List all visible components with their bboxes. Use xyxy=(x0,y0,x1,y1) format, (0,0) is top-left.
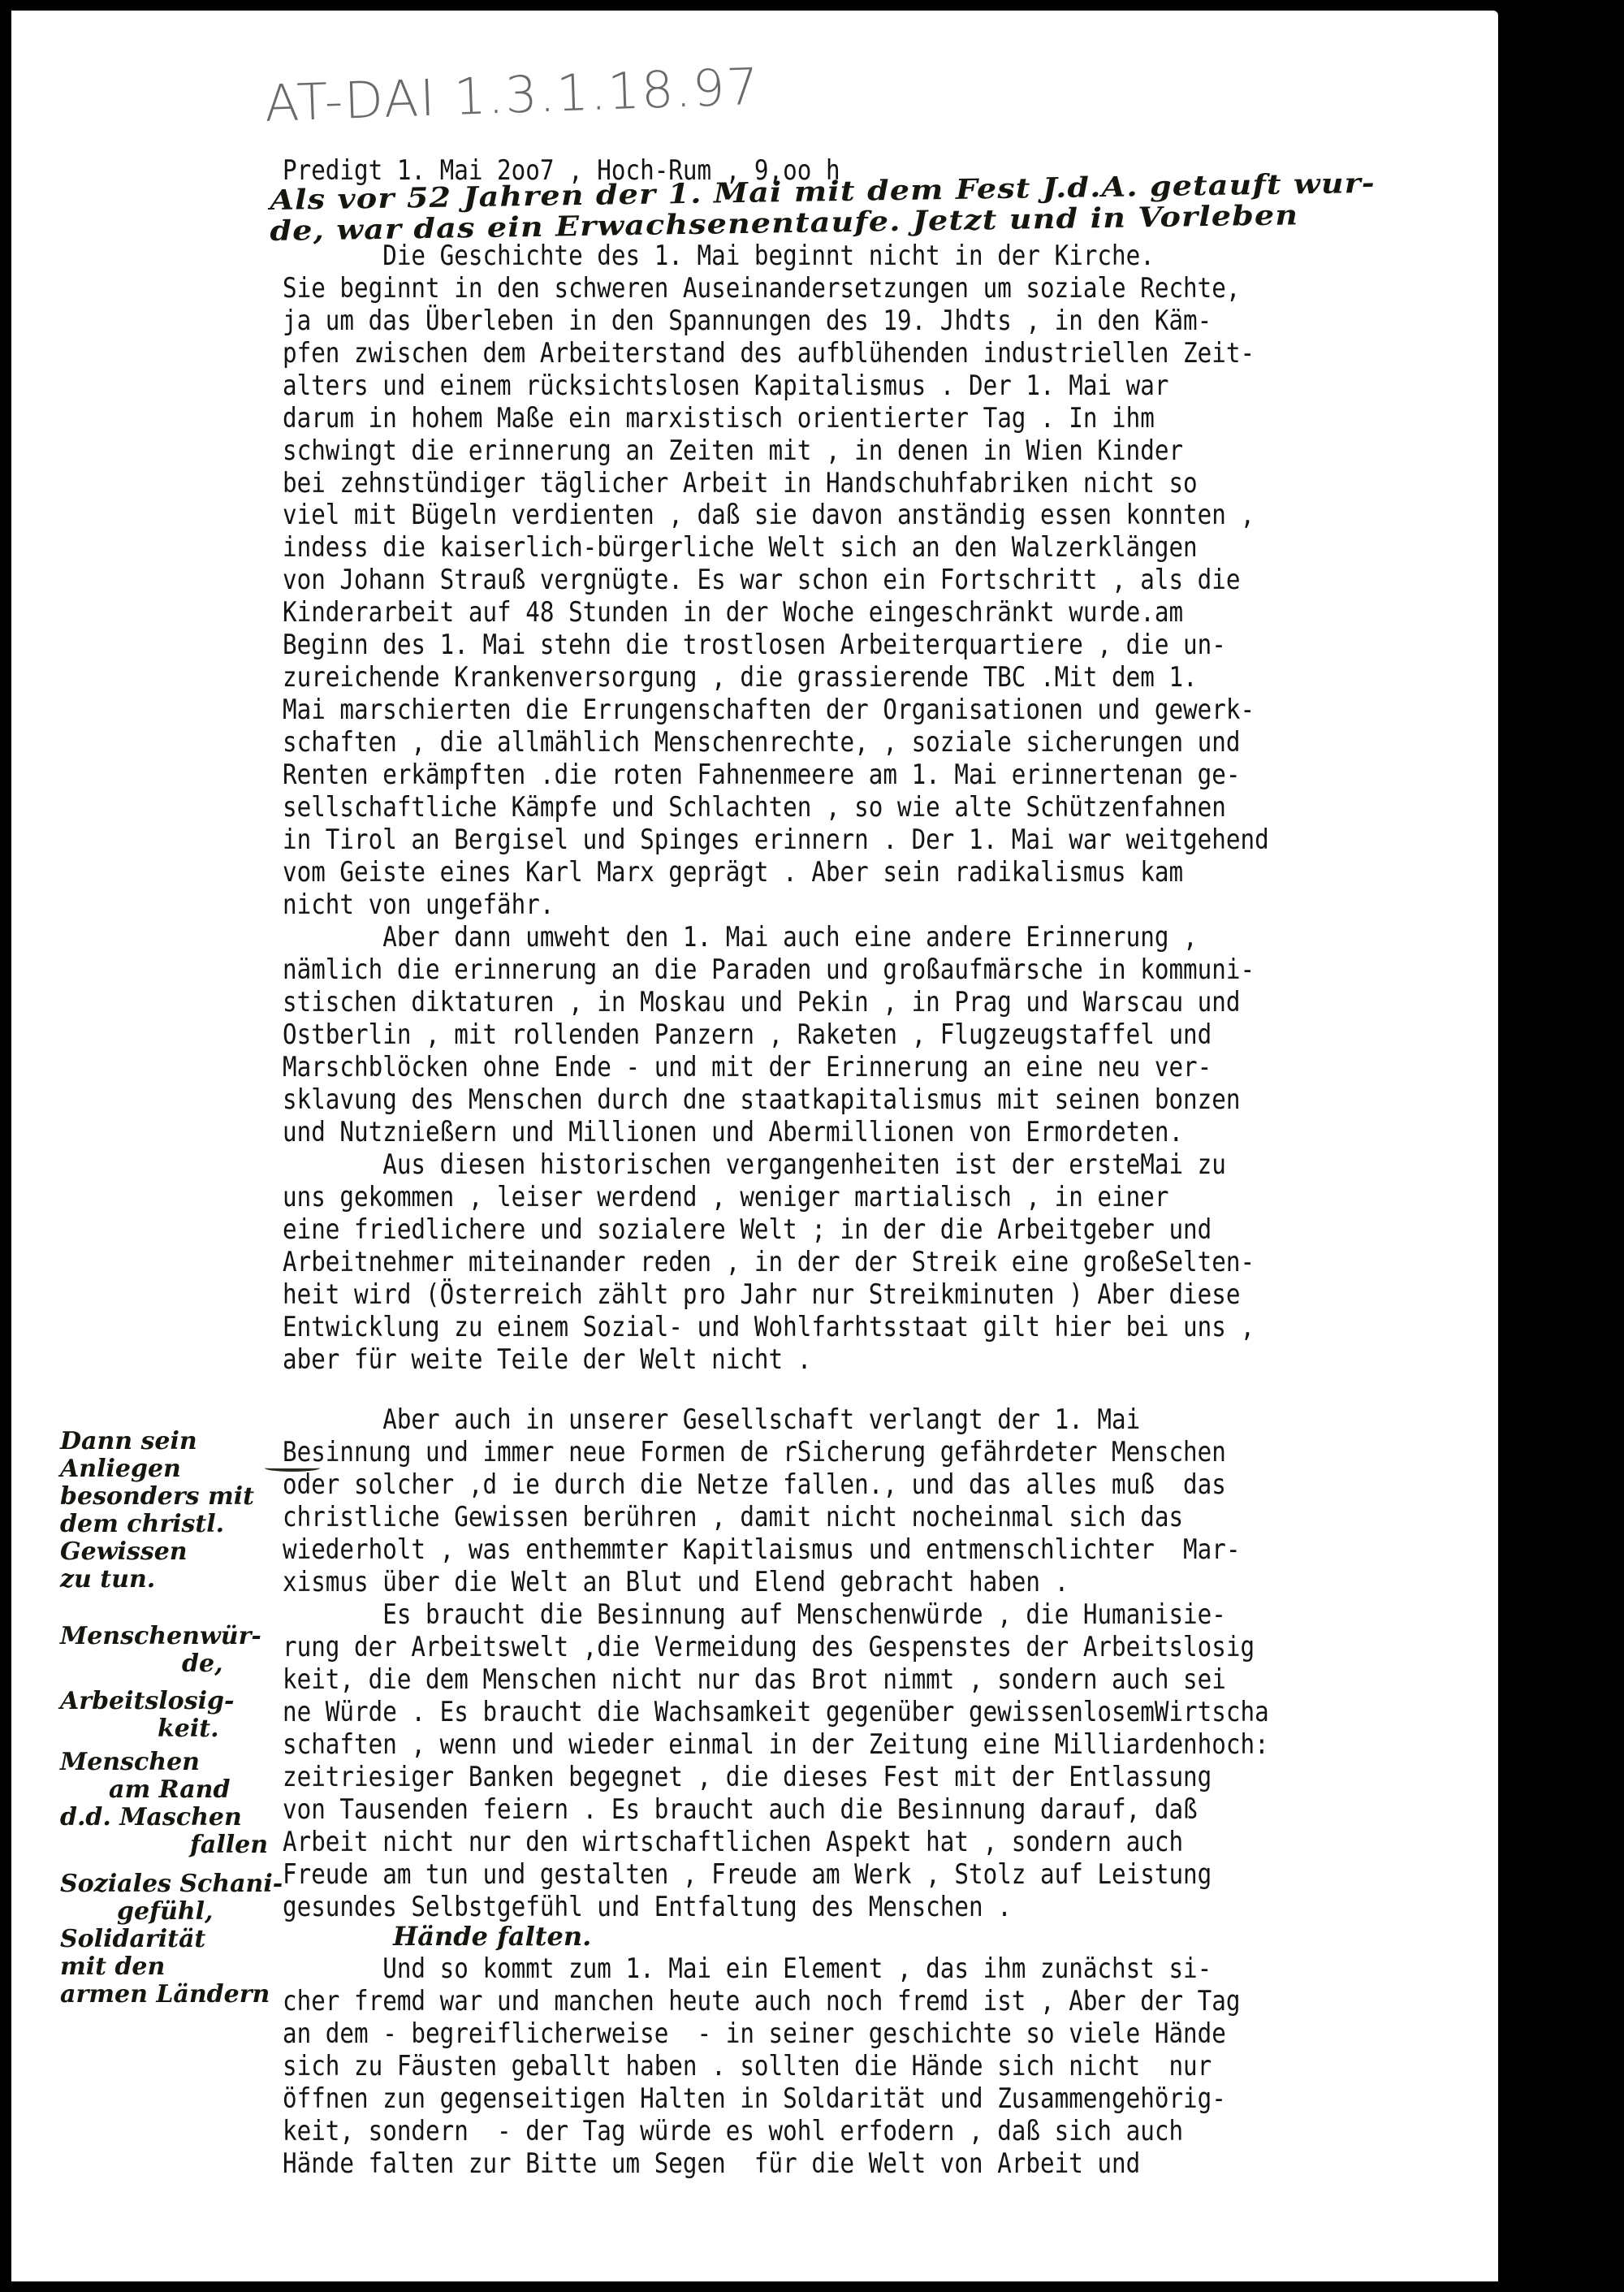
text-line: Und so kommt zum 1. Mai ein Element , da… xyxy=(283,1955,1212,1983)
text-line: bei zehnstündiger täglicher Arbeit in Ha… xyxy=(283,469,1198,497)
text-line: Aber dann umweht den 1. Mai auch eine an… xyxy=(283,923,1198,951)
text-line: heit wird (Österreich zählt pro Jahr nur… xyxy=(283,1281,1240,1308)
text-line: aber für weite Teile der Welt nicht . xyxy=(283,1346,811,1373)
text-line: wiederholt , was enthemmter Kapitlaismus… xyxy=(283,1536,1240,1563)
margin-note-2: Menschenwür- de, xyxy=(60,1623,279,1678)
text-line: stischen diktaturen , in Moskau und Peki… xyxy=(283,988,1240,1016)
document-page: AT-DAI 1.3.1.18.97 Predigt 1. Mai 2oo7 ,… xyxy=(11,11,1498,2281)
text-line: zeitriesiger Banken begegnet , die diese… xyxy=(283,1763,1212,1791)
text-line: gesundes Selbstgefühl und Entfaltung des… xyxy=(283,1893,1012,1921)
text-line: sich zu Fäusten geballt haben . sollten … xyxy=(283,2052,1212,2080)
text-line: ja um das Überleben in den Spannungen de… xyxy=(283,307,1212,335)
text-line: alters und einem rücksichtslosen Kapital… xyxy=(283,372,1168,400)
text-line: oder solcher ,d ie durch die Netze falle… xyxy=(283,1471,1226,1498)
margin-note-4: Menschen am Rand d.d. Maschen fallen xyxy=(60,1749,279,1859)
text-line: indess die kaiserlich-bürgerliche Welt s… xyxy=(283,534,1198,561)
text-line: nicht von ungefähr. xyxy=(283,891,554,919)
text-line: schaften , wenn und wieder einmal in der… xyxy=(283,1731,1269,1758)
text-line: keit, sondern - der Tag würde es wohl er… xyxy=(283,2117,1183,2145)
text-line: Aber auch in unserer Gesellschaft verlan… xyxy=(283,1406,1140,1434)
text-line: christliche Gewissen berühren , damit ni… xyxy=(283,1503,1183,1531)
text-line: Aus diesen historischen vergangenheiten … xyxy=(283,1151,1226,1178)
margin-note-1: Dann sein Anliegen besonders mit dem chr… xyxy=(60,1428,279,1594)
text-line: eine friedlichere und sozialere Welt ; i… xyxy=(283,1216,1212,1243)
text-line: uns gekommen , leiser werdend , weniger … xyxy=(283,1183,1168,1211)
text-line: rung der Arbeitswelt ,die Vermeidung des… xyxy=(283,1633,1255,1661)
text-line: in Tirol an Bergisel und Spinges erinner… xyxy=(283,826,1269,854)
margin-note-5: Soziales Schani- gefühl, Solidarität mit… xyxy=(60,1870,279,2009)
text-line: Hände falten zur Bitte um Segen für die … xyxy=(283,2150,1140,2177)
text-line: öffnen zun gegenseitigen Halten in Solda… xyxy=(283,2085,1226,2113)
text-line: ne Würde . Es braucht die Wachsamkeit ge… xyxy=(283,1698,1269,1726)
text-line: Arbeitnehmer miteinander reden , in der … xyxy=(283,1248,1255,1276)
text-line: xismus über die Welt an Blut und Elend g… xyxy=(283,1568,1069,1596)
text-line: von Tausenden feiern . Es braucht auch d… xyxy=(283,1796,1198,1823)
text-line: Renten erkämpften .die roten Fahnenmeere… xyxy=(283,761,1240,789)
text-line: zureichende Krankenversorgung , die gras… xyxy=(283,664,1198,691)
text-line: Sie beginnt in den schweren Auseinanders… xyxy=(283,275,1240,302)
text-line: schaften , die allmählich Menschenrechte… xyxy=(283,729,1240,756)
text-line: Entwicklung zu einem Sozial- und Wohlfar… xyxy=(283,1313,1255,1341)
text-line: Marschblöcken ohne Ende - und mit der Er… xyxy=(283,1053,1212,1081)
text-line: cher fremd war und manchen heute auch no… xyxy=(283,1987,1240,2015)
text-line: sellschaftliche Kämpfe und Schlachten , … xyxy=(283,794,1226,821)
text-line: und Nutznießern und Millionen und Abermi… xyxy=(283,1118,1183,1146)
text-line: Besinnung und immer neue Formen de rSich… xyxy=(283,1438,1226,1466)
text-line: vom Geiste eines Karl Marx geprägt . Abe… xyxy=(283,858,1183,886)
text-line: Die Geschichte des 1. Mai beginnt nicht … xyxy=(283,242,1155,270)
text-line: Kinderarbeit auf 48 Stunden in der Woche… xyxy=(283,599,1183,626)
text-line: Ostberlin , mit rollenden Panzern , Rake… xyxy=(283,1021,1212,1049)
text-line: schwingt die erinnerung an Zeiten mit , … xyxy=(283,437,1183,465)
text-line: Beginn des 1. Mai stehn die trostlosen A… xyxy=(283,631,1226,659)
text-line: keit, die dem Menschen nicht nur das Bro… xyxy=(283,1666,1226,1693)
text-line: viel mit Bügeln verdienten , daß sie dav… xyxy=(283,501,1255,529)
text-line: an dem - begreiflicherweise - in seiner … xyxy=(283,2020,1226,2048)
text-line: Arbeit nicht nur den wirtschaftlichen As… xyxy=(283,1828,1183,1856)
text-line: nämlich die erinnerung an die Paraden un… xyxy=(283,956,1255,984)
text-line: pfen zwischen dem Arbeiterstand des aufb… xyxy=(283,339,1255,367)
text-line: von Johann Strauß vergnügte. Es war scho… xyxy=(283,566,1240,594)
text-line: Mai marschierten die Errungenschaften de… xyxy=(283,696,1255,724)
text-line: Es braucht die Besinnung auf Menschenwür… xyxy=(283,1601,1226,1628)
text-line: darum in hohem Maße ein marxistisch orie… xyxy=(283,404,1155,432)
archive-signature: AT-DAI 1.3.1.18.97 xyxy=(264,57,761,133)
text-line: sklavung des Menschen durch dne staatkap… xyxy=(283,1086,1240,1114)
handwritten-note-haende-falten: Hände falten. xyxy=(393,1921,591,1952)
margin-note-3: Arbeitslosig- keit. xyxy=(60,1688,279,1743)
text-line: Freude am tun und gestalten , Freude am … xyxy=(283,1861,1212,1888)
